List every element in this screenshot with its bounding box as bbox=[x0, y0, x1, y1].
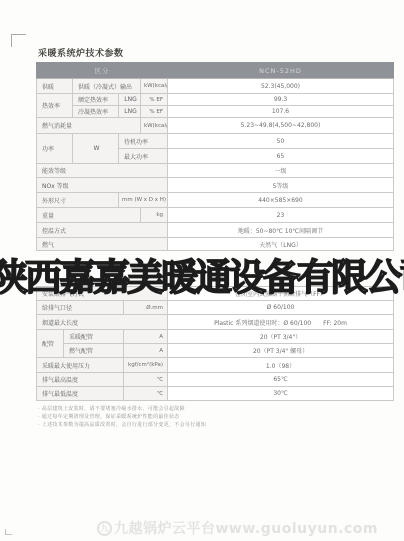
header-model: NCN-52HD bbox=[168, 63, 394, 79]
table-row: 冷凝热效率 LNG % EF 107.6 bbox=[37, 106, 394, 118]
cell-value: 65 bbox=[168, 149, 394, 164]
cell-value: 地暖：50~80℃ 10℃间隔调节 bbox=[168, 223, 394, 238]
table-row: 控温方式 地暖：50~80℃ 10℃间隔调节 bbox=[37, 223, 394, 238]
cell-unit: mm (W x D x H) bbox=[119, 193, 168, 208]
cell-unit-power: W bbox=[73, 134, 119, 164]
cell-unit: Ø.mm bbox=[124, 301, 168, 315]
cell-label: NOx 等级 bbox=[37, 178, 168, 193]
table-row: 热效率 额定热效率 LNG % EF 99.3 bbox=[37, 94, 394, 106]
cell-group-piping: 配管 bbox=[37, 330, 64, 358]
cell-value: 20（PT 3/4" 螺母） bbox=[168, 344, 394, 358]
cell-label: 燃气消耗量 bbox=[37, 118, 141, 134]
cell-value: 一级 bbox=[168, 164, 394, 178]
cell-label: 排气最高温度 bbox=[37, 373, 124, 387]
table-row: 供暖 供暖（冷凝式）输出 kW(kcal/h) 52.3(45,000) bbox=[37, 79, 394, 94]
table-row: 配管 采暖配管 A 20（PT 3/4"） bbox=[37, 330, 394, 344]
cell-group-heating: 供暖 bbox=[37, 79, 73, 94]
cell-label: 冷凝热效率 bbox=[73, 106, 119, 118]
cell-value: 52.3(45,000) bbox=[168, 79, 394, 94]
cell-label: 燃气配管 bbox=[64, 344, 124, 358]
table-row: 燃气消耗量 kW(kcal/h) 5.23~49.8(4,500~42,800) bbox=[37, 118, 394, 134]
cell-value: 1.0（98） bbox=[168, 358, 394, 373]
cell-gas: LNG bbox=[119, 106, 141, 118]
table-row: 给排气口径 Ø.mm Ø 60/100 bbox=[37, 301, 394, 315]
cell-label: 外形尺寸 bbox=[37, 193, 119, 208]
cell-unit: A bbox=[124, 344, 168, 358]
cell-label: 待机功率 bbox=[119, 134, 168, 149]
cell-value: 20（PT 3/4"） bbox=[168, 330, 394, 344]
cell-group-efficiency: 热效率 bbox=[37, 94, 73, 118]
boiler-cloud-logo-icon: 九 bbox=[97, 521, 112, 536]
footnote-line: · 通过每年定期清理及管理，保证采暖系统炉性能的最佳状态 bbox=[38, 413, 206, 421]
cell-label: 额定热效率 bbox=[73, 94, 119, 106]
cell-value: 99.3 bbox=[168, 94, 394, 106]
table-row: 燃气配管 A 20（PT 3/4" 螺母） bbox=[37, 344, 394, 358]
cell-label: 排气最低温度 bbox=[37, 387, 124, 401]
cell-label: 采暖配管 bbox=[64, 330, 124, 344]
footer-watermark: 九 九越锅炉云平台www.guoluyun.com bbox=[97, 518, 378, 538]
cell-value: 107.6 bbox=[168, 106, 394, 118]
table-row: 排气最高温度 ℃ 65℃ bbox=[37, 373, 394, 387]
footer-watermark-text: 九越锅炉云平台www.guoluyun.com bbox=[114, 518, 378, 538]
footnotes: · 高层建筑上安装时，请不要堵塞冷凝水排水，可能会引起故障 · 通过每年定期清理… bbox=[38, 405, 206, 429]
cell-value: Plastic 系列烟道使用时：Ø 60/100 FF: 20m bbox=[168, 315, 394, 330]
cell-gas: LNG bbox=[119, 94, 141, 106]
cell-unit: kW(kcal/h) bbox=[141, 118, 168, 134]
cell-value: 440×585×690 bbox=[168, 193, 394, 208]
table-row: 烟道最大长度 Plastic 系列烟道使用时：Ø 60/100 FF: 20m bbox=[37, 315, 394, 330]
cell-unit: kgf/cm²(kPa) bbox=[124, 358, 168, 373]
company-watermark: 陕西嘉嘉美暖通设备有限公司 bbox=[0, 247, 404, 301]
table-row: 外形尺寸 mm (W x D x H) 440×585×690 bbox=[37, 193, 394, 208]
cell-unit: kW(kcal/h) bbox=[141, 79, 168, 94]
table-row: 功率 W 待机功率 50 bbox=[37, 134, 394, 149]
cell-value: Ø 60/100 bbox=[168, 301, 394, 315]
cell-value: 5等级 bbox=[168, 178, 394, 193]
crop-mark-top-left bbox=[11, 34, 26, 47]
cell-group-power: 功率 bbox=[37, 134, 73, 164]
cell-label: 供暖（冷凝式）输出 bbox=[73, 79, 141, 94]
header-category: 区分 bbox=[37, 63, 168, 79]
table-row: NOx 等级 5等级 bbox=[37, 178, 394, 193]
cell-label: 烟道最大长度 bbox=[37, 315, 168, 330]
cell-value: 5.23~49.8(4,500~42,800) bbox=[168, 118, 394, 134]
cell-value: 50 bbox=[168, 134, 394, 149]
table-row: 排气最低温度 ℃ 30℃ bbox=[37, 387, 394, 401]
spec-table-lower: 安装给排气方式 密闭室内式强制平衡给排气（FF） 给排气口径 Ø.mm Ø 60… bbox=[36, 286, 394, 401]
table-row: 重量 kg 23 bbox=[37, 208, 394, 223]
cell-unit: kg bbox=[141, 208, 168, 223]
cell-label: 最大功率 bbox=[119, 149, 168, 164]
cell-unit: % EF bbox=[141, 94, 168, 106]
cell-label: 采暖最大使用压力 bbox=[37, 358, 124, 373]
cell-value: 23 bbox=[168, 208, 394, 223]
table-header-row: 区分 NCN-52HD bbox=[37, 63, 394, 79]
cell-unit: ℃ bbox=[124, 387, 168, 401]
table-row: 采暖最大使用压力 kgf/cm²(kPa) 1.0（98） bbox=[37, 358, 394, 373]
cell-unit: % EF bbox=[141, 106, 168, 118]
cell-label: 给排气口径 bbox=[37, 301, 124, 315]
page-title: 采暖系统炉技术参数 bbox=[38, 46, 124, 59]
cell-unit: A bbox=[124, 330, 168, 344]
cell-value: 30℃ bbox=[168, 387, 394, 401]
footnote-line: · 上述技术参数为提高品质改善时，会自行进行部分变更，不会另行通知 bbox=[38, 421, 206, 429]
spec-table-upper: 区分 NCN-52HD 供暖 供暖（冷凝式）输出 kW(kcal/h) 52.3… bbox=[36, 62, 394, 251]
table-row: 能效等级 一级 bbox=[37, 164, 394, 178]
cell-label: 控温方式 bbox=[37, 223, 168, 238]
cell-label: 能效等级 bbox=[37, 164, 168, 178]
cell-unit: ℃ bbox=[124, 373, 168, 387]
crop-mark-bottom-left bbox=[5, 529, 12, 535]
cell-label: 重量 bbox=[37, 208, 141, 223]
footnote-line: · 高层建筑上安装时，请不要堵塞冷凝水排水，可能会引起故障 bbox=[38, 405, 206, 413]
cell-value: 65℃ bbox=[168, 373, 394, 387]
